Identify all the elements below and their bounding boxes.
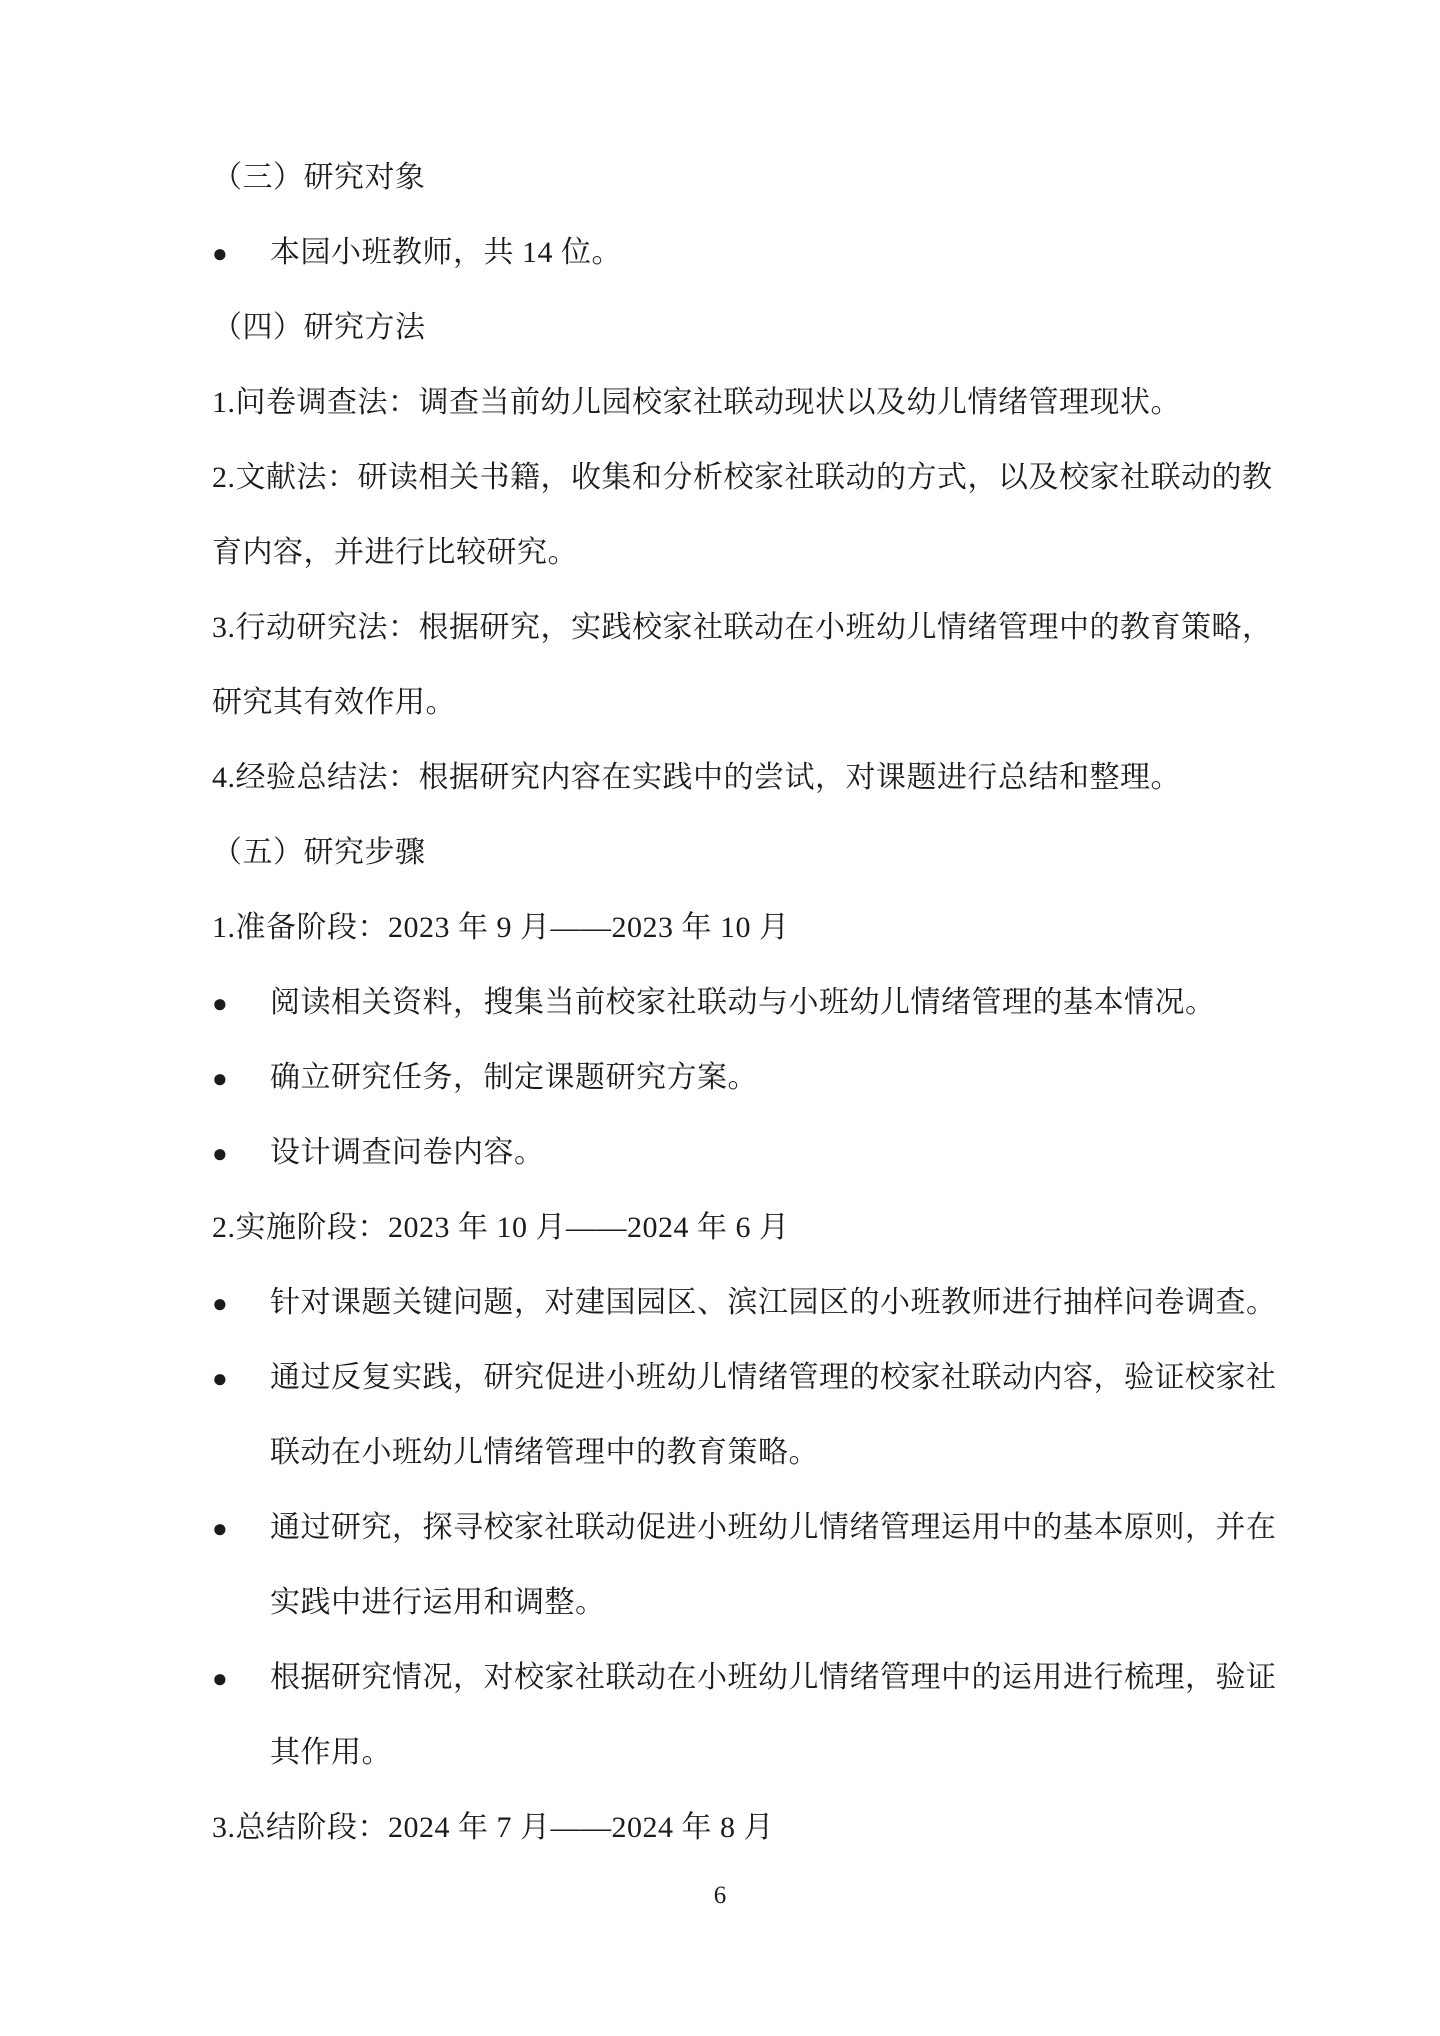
bullet-item-text: 实践中进行运用和调整。 [270, 1586, 606, 1619]
bullet-icon: ● [212, 1641, 270, 1716]
bullet-item: ●通过研究，探寻校家社联动促进小班幼儿情绪管理运用中的基本原则，并在 [212, 1490, 1312, 1565]
bullet-icon: ● [212, 1041, 270, 1116]
paragraph-text: 育内容，并进行比较研究。 [212, 536, 578, 569]
section-heading-research-steps: （五）研究步骤 [212, 815, 1312, 890]
page-number: 6 [714, 1882, 727, 1909]
document-page: （三）研究对象 ●本园小班教师，共 14 位。 （四）研究方法 1.问卷调查法：… [0, 0, 1440, 2036]
bullet-icon: ● [212, 1341, 270, 1416]
bullet-item-text: 阅读相关资料，搜集当前校家社联动与小班幼儿情绪管理的基本情况。 [270, 986, 1216, 1019]
paragraph-line: 1.问卷调查法：调查当前幼儿园校家社联动现状以及幼儿情绪管理现状。 [212, 365, 1312, 440]
heading-text: （五）研究步骤 [212, 836, 426, 869]
section-heading-research-methods: （四）研究方法 [212, 290, 1312, 365]
bullet-item: ●通过反复实践，研究促进小班幼儿情绪管理的校家社联动内容，验证校家社 [212, 1340, 1312, 1415]
bullet-item-text: 通过研究，探寻校家社联动促进小班幼儿情绪管理运用中的基本原则，并在 [270, 1511, 1277, 1544]
bullet-item-text: 本园小班教师，共 14 位。 [270, 236, 622, 269]
bullet-item-text: 设计调查问卷内容。 [270, 1136, 545, 1169]
paragraph-text: 1.问卷调查法：调查当前幼儿园校家社联动现状以及幼儿情绪管理现状。 [212, 386, 1181, 419]
stage-line-summary: 3.总结阶段：2024 年 7 月——2024 年 8 月 [212, 1790, 1312, 1865]
bullet-continuation-line: 实践中进行运用和调整。 [212, 1565, 1312, 1640]
bullet-continuation-line: 联动在小班幼儿情绪管理中的教育策略。 [212, 1415, 1312, 1490]
bullet-icon: ● [212, 1491, 270, 1566]
paragraph-text: 研究其有效作用。 [212, 686, 456, 719]
bullet-item-text: 联动在小班幼儿情绪管理中的教育策略。 [270, 1436, 819, 1469]
document-body: （三）研究对象 ●本园小班教师，共 14 位。 （四）研究方法 1.问卷调查法：… [212, 140, 1312, 1865]
bullet-item-text: 通过反复实践，研究促进小班幼儿情绪管理的校家社联动内容，验证校家社 [270, 1361, 1277, 1394]
bullet-item: ●针对课题关键问题，对建国园区、滨江园区的小班教师进行抽样问卷调查。 [212, 1265, 1312, 1340]
paragraph-text: 1.准备阶段：2023 年 9 月——2023 年 10 月 [212, 911, 790, 944]
bullet-item: ●设计调查问卷内容。 [212, 1115, 1312, 1190]
heading-text: （四）研究方法 [212, 311, 426, 344]
paragraph-text: 4.经验总结法：根据研究内容在实践中的尝试，对课题进行总结和整理。 [212, 761, 1181, 794]
paragraph-line: 4.经验总结法：根据研究内容在实践中的尝试，对课题进行总结和整理。 [212, 740, 1312, 815]
bullet-item-text: 根据研究情况，对校家社联动在小班幼儿情绪管理中的运用进行梳理，验证 [270, 1661, 1277, 1694]
bullet-item: ●阅读相关资料，搜集当前校家社联动与小班幼儿情绪管理的基本情况。 [212, 965, 1312, 1040]
bullet-item: ●确立研究任务，制定课题研究方案。 [212, 1040, 1312, 1115]
bullet-continuation-line: 其作用。 [212, 1715, 1312, 1790]
paragraph-text: 3.总结阶段：2024 年 7 月——2024 年 8 月 [212, 1811, 774, 1844]
stage-line-implementation: 2.实施阶段：2023 年 10 月——2024 年 6 月 [212, 1190, 1312, 1265]
paragraph-line: 2.文献法：研读相关书籍，收集和分析校家社联动的方式，以及校家社联动的教 [212, 440, 1312, 515]
stage-line-preparation: 1.准备阶段：2023 年 9 月——2023 年 10 月 [212, 890, 1312, 965]
paragraph-line: 研究其有效作用。 [212, 665, 1312, 740]
bullet-icon: ● [212, 216, 270, 291]
paragraph-text: 2.文献法：研读相关书籍，收集和分析校家社联动的方式，以及校家社联动的教 [212, 461, 1273, 494]
bullet-icon: ● [212, 1266, 270, 1341]
page-footer: 6 [0, 1880, 1440, 1912]
bullet-item-text: 其作用。 [270, 1736, 392, 1769]
heading-text: （三）研究对象 [212, 161, 426, 194]
bullet-item: ●根据研究情况，对校家社联动在小班幼儿情绪管理中的运用进行梳理，验证 [212, 1640, 1312, 1715]
paragraph-text: 2.实施阶段：2023 年 10 月——2024 年 6 月 [212, 1211, 790, 1244]
bullet-item-text: 确立研究任务，制定课题研究方案。 [270, 1061, 758, 1094]
section-heading-research-subjects: （三）研究对象 [212, 140, 1312, 215]
paragraph-line: 育内容，并进行比较研究。 [212, 515, 1312, 590]
bullet-item-text: 针对课题关键问题，对建国园区、滨江园区的小班教师进行抽样问卷调查。 [270, 1286, 1277, 1319]
bullet-icon: ● [212, 1116, 270, 1191]
paragraph-line: 3.行动研究法：根据研究，实践校家社联动在小班幼儿情绪管理中的教育策略， [212, 590, 1312, 665]
bullet-icon: ● [212, 966, 270, 1041]
bullet-item: ●本园小班教师，共 14 位。 [212, 215, 1312, 290]
paragraph-text: 3.行动研究法：根据研究，实践校家社联动在小班幼儿情绪管理中的教育策略， [212, 611, 1273, 644]
